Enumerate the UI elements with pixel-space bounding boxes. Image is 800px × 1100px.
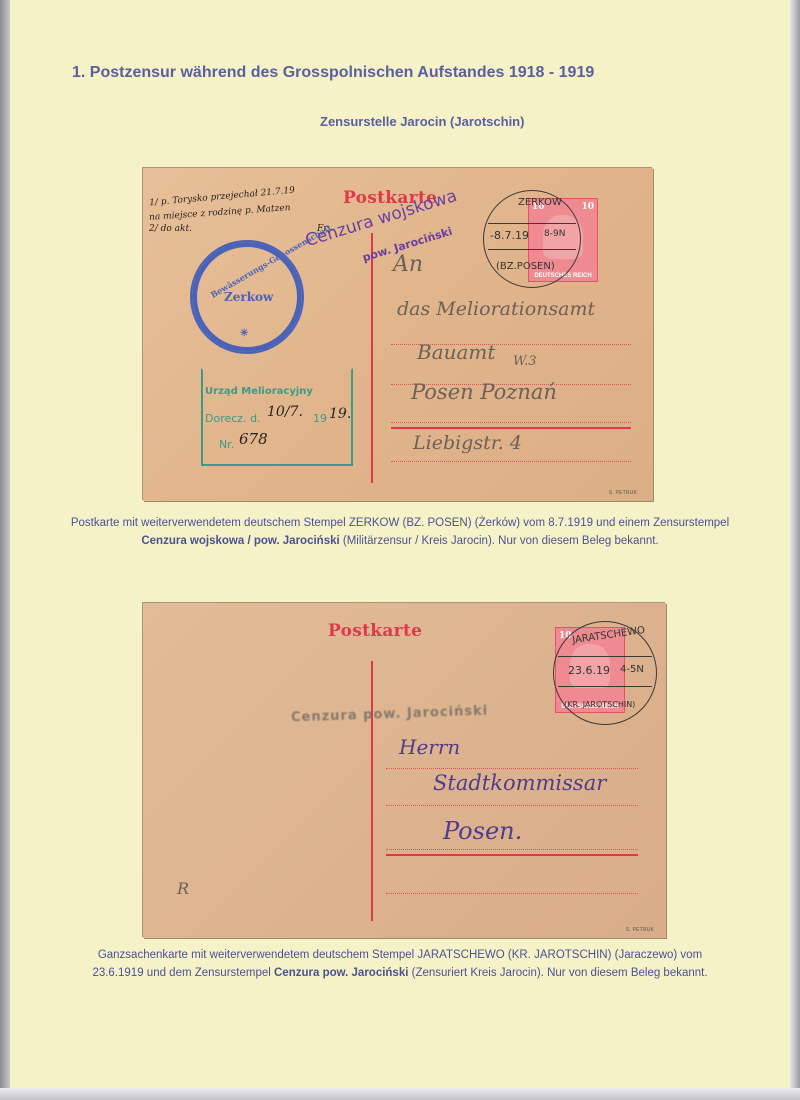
- address-line-5: Liebigstr. 4: [413, 432, 522, 454]
- page-title: 1. Postzensur während des Grosspolnische…: [72, 64, 594, 82]
- postmark-jaratschewo: JARATSCHEWO 23.6.19 4-5N (KR. JAROTSCHIN…: [553, 621, 657, 725]
- address-line-solid: [391, 427, 631, 429]
- box-stamp-year: 19: [313, 412, 327, 425]
- postmark-bar: [558, 656, 652, 657]
- box-stamp-date-hand: 10/7.: [267, 404, 303, 420]
- postmark-place: ZERKOW: [518, 197, 562, 208]
- postmark-bar: [558, 686, 652, 687]
- caption-card-1: Postkarte mit weiterverwendetem deutsche…: [50, 514, 750, 550]
- postmark-time: 4-5N: [620, 664, 644, 675]
- scanner-edge-bottom: [0, 1088, 800, 1100]
- postcard-jaratschewo: Postkarte 10 DEUTSCHES REICH JARATSCHEWO…: [143, 603, 666, 938]
- printer-imprint: S. PETRUK: [626, 927, 654, 933]
- caption-2-pre: 23.6.1919 und dem Zensurstempel: [92, 967, 274, 979]
- box-stamp-number: 678: [239, 430, 268, 448]
- receipt-box-stamp: Urząd Melioracyjny Dorecz. d. 10/7. 19 1…: [201, 368, 353, 466]
- postmark-bar: [488, 223, 576, 224]
- postmark-zerkow: ZERKOW -8.7.19 8-9N (BZ.POSEN): [483, 190, 581, 288]
- printer-imprint: S. PETRUK: [609, 490, 637, 496]
- address-line-1: An: [393, 252, 423, 277]
- margin-mark: R: [177, 879, 189, 898]
- postmark-district: (KR. JAROTSCHIN): [564, 700, 635, 709]
- handwritten-note-line: 2/ do akt.: [149, 224, 192, 234]
- postcard-zerkow: Postkarte 10 10 DEUTSCHES REICH ZERKOW -…: [143, 168, 653, 501]
- address-annotation: W.3: [513, 354, 537, 369]
- page-subtitle: Zensurstelle Jarocin (Jarotschin): [320, 114, 524, 129]
- caption-2-line1: Ganzsachenkarte mit weiterverwendetem de…: [98, 949, 702, 961]
- postmark-date: 23.6.19: [568, 664, 610, 677]
- caption-card-2: Ganzsachenkarte mit weiterverwendetem de…: [50, 946, 750, 982]
- postmark-bar: [488, 249, 576, 250]
- box-stamp-number-label: Nr.: [219, 438, 234, 451]
- scanner-edge-left: [0, 0, 10, 1100]
- address-line: [386, 805, 638, 806]
- caption-2-rest: (Zensuriert Kreis Jarocin). Nur von dies…: [408, 967, 707, 979]
- caption-2-bold: Cenzura pow. Jarociński: [274, 967, 408, 979]
- scanner-edge-right: [790, 0, 800, 1100]
- address-line: [391, 461, 631, 462]
- address-line: [391, 422, 631, 423]
- postmark-date: -8.7.19: [490, 229, 529, 242]
- cooperative-seal: Bewässerungs-Genossenschaft Zerkow ✳: [190, 240, 304, 354]
- address-line-3: Posen.: [443, 817, 522, 845]
- address-line-solid: [386, 854, 638, 856]
- box-stamp-year-hand: 19.: [329, 406, 351, 422]
- address-line-4: Posen Poznań: [411, 380, 557, 404]
- postmark-district: (BZ.POSEN): [496, 261, 555, 272]
- caption-1-bold: Cenzura wojskowa / pow. Jarociński: [141, 535, 339, 547]
- address-line-2: das Meliorationsamt: [397, 298, 595, 320]
- postmark-place: JARATSCHEWO: [572, 625, 646, 646]
- address-line-3: Bauamt: [417, 340, 495, 364]
- caption-1-rest: (Militärzensur / Kreis Jarocin). Nur von…: [340, 535, 659, 547]
- postkarte-label: Postkarte: [328, 621, 422, 641]
- address-line: [386, 893, 638, 894]
- seal-center-text: Zerkow: [224, 290, 273, 304]
- postmark-time: 8-9N: [544, 229, 565, 239]
- box-stamp-office: Urząd Melioracyjny: [205, 386, 313, 397]
- seal-star-icon: ✳: [240, 328, 248, 339]
- caption-1-line1: Postkarte mit weiterverwendetem deutsche…: [71, 517, 729, 529]
- stamp-value-right: 10: [581, 202, 594, 212]
- censor-stamp: Cenzura pow. Jarociński: [291, 704, 489, 726]
- card-divider-line: [371, 233, 373, 483]
- card-divider-line: [371, 661, 373, 921]
- address-line: [386, 768, 638, 769]
- address-line: [386, 849, 638, 850]
- address-line-2: Stadtkommissar: [433, 771, 606, 795]
- address-line-1: Herrn: [399, 735, 460, 759]
- box-stamp-date-label: Dorecz. d.: [205, 412, 261, 425]
